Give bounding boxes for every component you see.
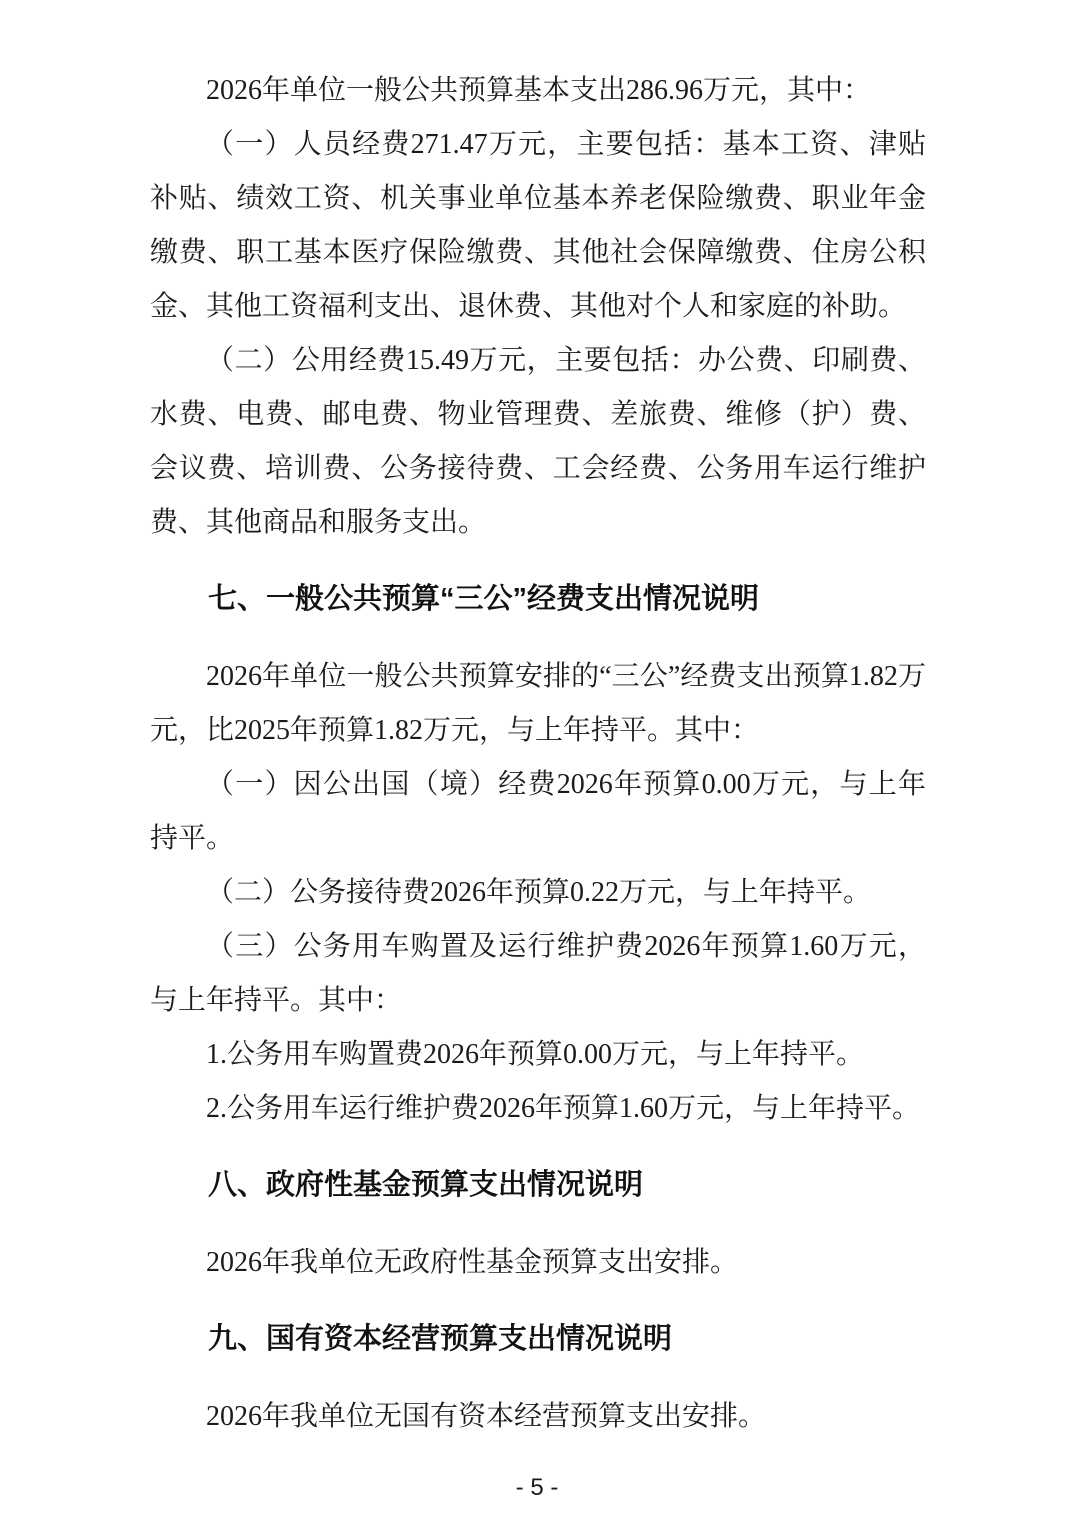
body-paragraph: 1.公务用车购置费2026年预算0.00万元，与上年持平。 bbox=[150, 1028, 926, 1082]
body-paragraph: （二）公用经费15.49万元，主要包括：办公费、印刷费、水费、电费、邮电费、物业… bbox=[150, 334, 926, 550]
section-heading: 七、一般公共预算“三公”经费支出情况说明 bbox=[150, 572, 926, 626]
body-paragraph: 2026年单位一般公共预算安排的“三公”经费支出预算1.82万元，比2025年预… bbox=[150, 650, 926, 758]
body-paragraph: 2026年单位一般公共预算基本支出286.96万元，其中： bbox=[150, 64, 926, 118]
body-paragraph: （二）公务接待费2026年预算0.22万元，与上年持平。 bbox=[150, 866, 926, 920]
body-paragraph: 2026年我单位无政府性基金预算支出安排。 bbox=[150, 1236, 926, 1290]
body-paragraph: 2026年我单位无国有资本经营预算支出安排。 bbox=[150, 1390, 926, 1444]
body-paragraph: （一）人员经费271.47万元，主要包括：基本工资、津贴补贴、绩效工资、机关事业… bbox=[150, 118, 926, 334]
body-paragraph: （三）公务用车购置及运行维护费2026年预算1.60万元，与上年持平。其中： bbox=[150, 920, 926, 1028]
body-paragraph: （一）因公出国（境）经费2026年预算0.00万元，与上年持平。 bbox=[150, 758, 926, 866]
section-heading: 八、政府性基金预算支出情况说明 bbox=[150, 1158, 926, 1212]
section-heading: 九、国有资本经营预算支出情况说明 bbox=[150, 1312, 926, 1366]
page-number: - 5 - bbox=[0, 1474, 1074, 1502]
document-content: 2026年单位一般公共预算基本支出286.96万元，其中：（一）人员经费271.… bbox=[150, 64, 926, 1444]
body-paragraph: 2.公务用车运行维护费2026年预算1.60万元，与上年持平。 bbox=[150, 1082, 926, 1136]
document-page: 2026年单位一般公共预算基本支出286.96万元，其中：（一）人员经费271.… bbox=[0, 0, 1074, 1520]
